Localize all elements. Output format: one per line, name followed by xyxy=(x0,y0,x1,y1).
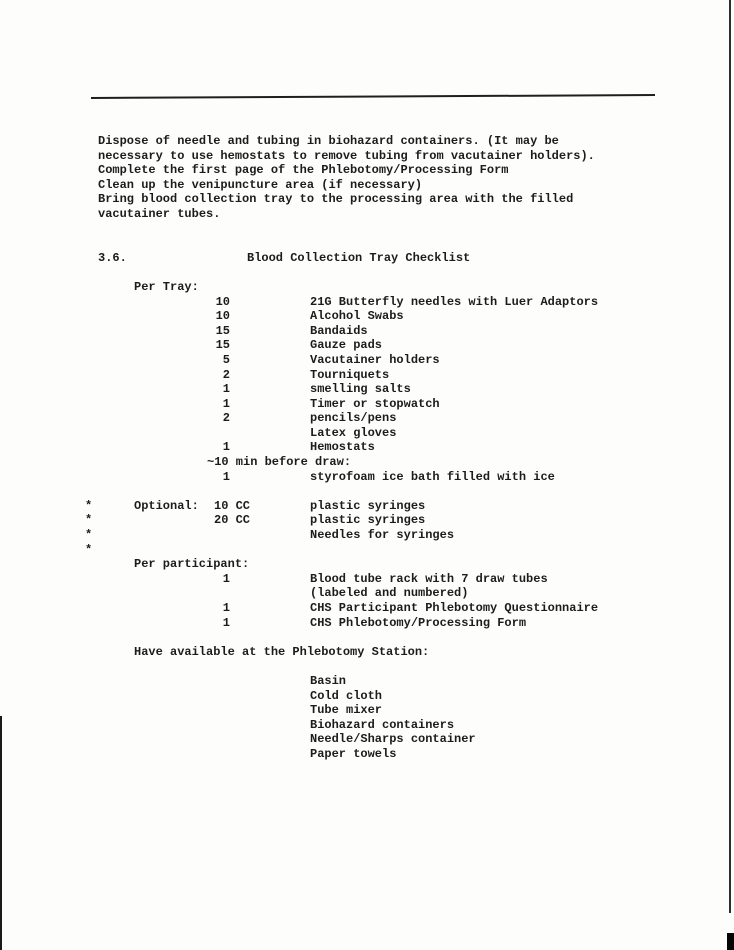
section-heading: 3.6. Blood Collection Tray Checklist xyxy=(98,251,658,266)
blank-line xyxy=(98,222,658,237)
blank-line xyxy=(98,236,658,251)
per-participant-label: Per participant: xyxy=(134,557,249,571)
intro-line: Bring blood collection tray to the proce… xyxy=(98,192,658,207)
participant-item-row: 1 CHS Phlebotomy/Processing Form xyxy=(98,616,658,631)
per-tray-label: Per Tray: xyxy=(134,280,199,294)
intro-line: Dispose of needle and tubing in biohazar… xyxy=(98,134,658,149)
tray-item-qty: 10 xyxy=(200,295,230,309)
tray-item-qty: 1 xyxy=(200,440,230,454)
station-item-row: Tube mixer xyxy=(98,703,658,718)
asterisk-marker: * xyxy=(85,528,92,542)
scan-edge-left xyxy=(0,716,2,950)
intro-line: necessary to use hemostats to remove tub… xyxy=(98,149,658,164)
station-item-name: Cold cloth xyxy=(310,689,382,703)
participant-item-qty: 1 xyxy=(200,572,230,586)
tray-item-row: 1 smelling salts xyxy=(98,382,658,397)
asterisk-marker: * xyxy=(85,513,92,527)
tray-item-qty: 10 xyxy=(200,309,230,323)
tray-item-name: Alcohol Swabs xyxy=(310,309,404,323)
station-item-row: Basin xyxy=(98,674,658,689)
participant-item-name: CHS Participant Phlebotomy Questionnaire xyxy=(310,601,598,615)
tray-item-qty: 5 xyxy=(200,353,230,367)
station-item-name: Needle/Sharps container xyxy=(310,732,476,746)
tray-item-name: 21G Butterfly needles with Luer Adaptors xyxy=(310,295,598,309)
optional-row: * Needles for syringes xyxy=(98,528,658,543)
optional-item-name: Needles for syringes xyxy=(310,528,454,542)
optional-size: 20 CC xyxy=(214,513,250,527)
tray-item-row: 1 styrofoam ice bath filled with ice xyxy=(98,470,658,485)
tray-item-name: Latex gloves xyxy=(310,426,396,440)
tray-item-row: Latex gloves xyxy=(98,426,658,441)
section-title: Blood Collection Tray Checklist xyxy=(247,251,470,265)
tray-item-row: 5 Vacutainer holders xyxy=(98,353,658,368)
blank-line xyxy=(98,484,658,499)
tray-item-row: 2 Tourniquets xyxy=(98,368,658,383)
optional-size: 10 CC xyxy=(214,499,250,513)
intro-line: Complete the first page of the Phlebotom… xyxy=(98,163,658,178)
station-label: Have available at the Phlebotomy Station… xyxy=(134,645,429,659)
station-item-name: Basin xyxy=(310,674,346,688)
tray-item-row: 10 Alcohol Swabs xyxy=(98,309,658,324)
station-item-name: Tube mixer xyxy=(310,703,382,717)
optional-row: * Optional: 10 CC plastic syringes xyxy=(98,499,658,514)
asterisk-marker: * xyxy=(85,499,92,513)
tray-item-row: 10 21G Butterfly needles with Luer Adapt… xyxy=(98,295,658,310)
tray-item-row: 1 Timer or stopwatch xyxy=(98,397,658,412)
tray-item-row: 15 Bandaids xyxy=(98,324,658,339)
station-item-row: Biohazard containers xyxy=(98,718,658,733)
header-rule xyxy=(91,94,655,99)
document-body: Dispose of needle and tubing in biohazar… xyxy=(98,134,658,762)
station-header: Have available at the Phlebotomy Station… xyxy=(98,645,658,660)
optional-label: Optional: xyxy=(134,499,199,513)
participant-item-qty: 1 xyxy=(200,601,230,615)
tray-item-qty: 1 xyxy=(200,397,230,411)
scan-edge-right xyxy=(729,0,731,913)
participant-item-name: CHS Phlebotomy/Processing Form xyxy=(310,616,526,630)
participant-item-row: (labeled and numbered) xyxy=(98,586,658,601)
tray-item-name: styrofoam ice bath filled with ice xyxy=(310,470,555,484)
participant-item-name: Blood tube rack with 7 draw tubes xyxy=(310,572,548,586)
station-item-row: Needle/Sharps container xyxy=(98,732,658,747)
blank-line xyxy=(98,659,658,674)
tray-item-qty: 1 xyxy=(200,382,230,396)
station-item-name: Paper towels xyxy=(310,747,396,761)
tray-item-qty: 15 xyxy=(200,324,230,338)
tray-item-name: Vacutainer holders xyxy=(310,353,440,367)
participant-item-qty: 1 xyxy=(200,616,230,630)
tray-item-row: 2 pencils/pens xyxy=(98,411,658,426)
tray-item-row: 15 Gauze pads xyxy=(98,338,658,353)
tray-item-name: Tourniquets xyxy=(310,368,389,382)
tray-item-name: Gauze pads xyxy=(310,338,382,352)
tray-item-qty: 15 xyxy=(200,338,230,352)
participant-item-name: (labeled and numbered) xyxy=(310,586,468,600)
tray-item-qty: 2 xyxy=(200,368,230,382)
tray-item-name: Bandaids xyxy=(310,324,368,338)
tray-item-name: Hemostats xyxy=(310,440,375,454)
optional-item-name: plastic syringes xyxy=(310,499,425,513)
optional-row: * 20 CC plastic syringes xyxy=(98,513,658,528)
tray-item-name: smelling salts xyxy=(310,382,411,396)
before-draw-note-text: ~10 min before draw: xyxy=(207,455,351,469)
per-participant-header: Per participant: xyxy=(98,557,658,572)
participant-item-row: 1 CHS Participant Phlebotomy Questionnai… xyxy=(98,601,658,616)
scan-corner-mark xyxy=(727,933,734,950)
station-item-name: Biohazard containers xyxy=(310,718,454,732)
participant-item-row: 1 Blood tube rack with 7 draw tubes xyxy=(98,572,658,587)
asterisk-marker: * xyxy=(85,543,92,557)
per-tray-header: Per Tray: xyxy=(98,280,658,295)
station-item-row: Paper towels xyxy=(98,747,658,762)
station-item-row: Cold cloth xyxy=(98,689,658,704)
blank-line xyxy=(98,630,658,645)
blank-line xyxy=(98,265,658,280)
tray-item-name: Timer or stopwatch xyxy=(310,397,440,411)
tray-item-name: pencils/pens xyxy=(310,411,396,425)
scanned-document-page: Dispose of needle and tubing in biohazar… xyxy=(0,0,734,950)
tray-item-qty: 1 xyxy=(200,470,230,484)
tray-item-row: 1 Hemostats xyxy=(98,440,658,455)
optional-row: * xyxy=(98,543,658,558)
intro-line: vacutainer tubes. xyxy=(98,207,658,222)
optional-item-name: plastic syringes xyxy=(310,513,425,527)
tray-item-qty: 2 xyxy=(200,411,230,425)
intro-line: Clean up the venipuncture area (if neces… xyxy=(98,178,658,193)
before-draw-note: ~10 min before draw: xyxy=(98,455,658,470)
section-number: 3.6. xyxy=(98,251,127,265)
